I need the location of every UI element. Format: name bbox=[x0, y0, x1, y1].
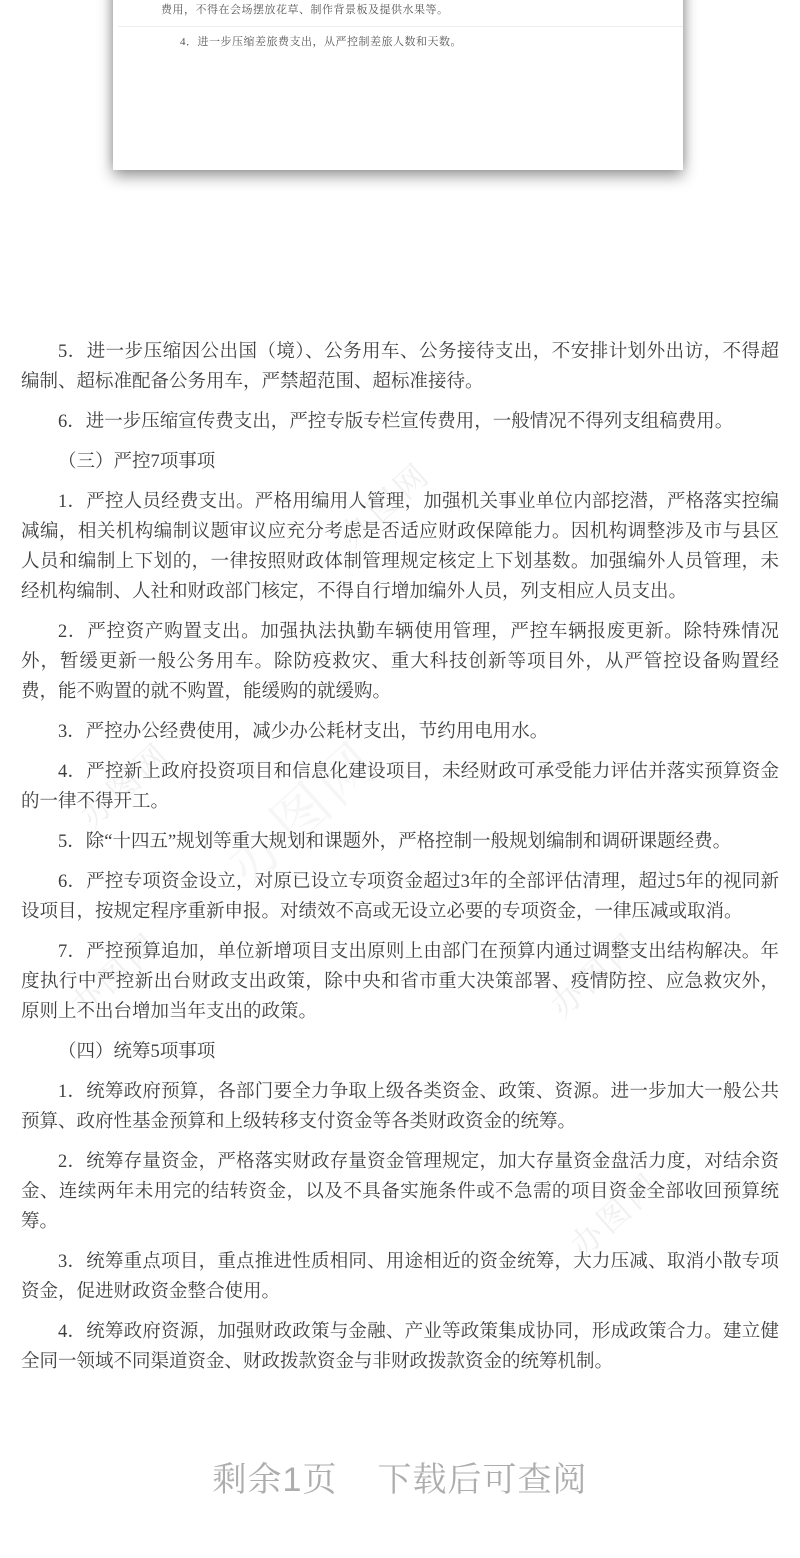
page-preview-card: 费用，不得在会场摆放花草、制作背景板及提供水果等。 4．进一步压缩差旅费支出，从… bbox=[113, 0, 683, 170]
doc-paragraph: 1．统筹政府预算，各部门要全力争取上级各类资金、政策、资源。进一步加大一般公共预… bbox=[21, 1077, 779, 1137]
doc-section-heading: （三）严控7项事项 bbox=[21, 447, 779, 477]
doc-paragraph: 6．进一步压缩宣传费支出，严控专版专栏宣传费用，一般情况不得列支组稿费用。 bbox=[21, 407, 779, 437]
doc-paragraph: 2．统筹存量资金，严格落实财政存量资金管理规定，加大存量资金盘活力度，对结余资金… bbox=[21, 1147, 779, 1237]
doc-paragraph: 7．严控预算追加，单位新增项目支出原则上由部门在预算内通过调整支出结构解决。年度… bbox=[21, 937, 779, 1027]
doc-paragraph: 4．严控新上政府投资项目和信息化建设项目，未经财政可承受能力评估并落实预算资金的… bbox=[21, 757, 779, 817]
remaining-pages-count: 剩余1页 bbox=[213, 1461, 338, 1499]
download-to-view-hint: 下载后可查阅 bbox=[377, 1461, 587, 1499]
doc-paragraph: 6．严控专项资金设立，对原已设立专项资金超过3年的全部评估清理，超过5年的视同新… bbox=[21, 867, 779, 927]
doc-paragraph: 3．统筹重点项目，重点推进性质相同、用途相近的资金统筹，大力压减、取消小散专项资… bbox=[21, 1247, 779, 1307]
doc-paragraph: 3．严控办公经费使用，减少办公耗材支出，节约用电用水。 bbox=[21, 717, 779, 747]
doc-paragraph: 5．除“十四五”规划等重大规划和课题外，严格控制一般规划编制和调研课题经费。 bbox=[21, 827, 779, 857]
doc-paragraph: 5．进一步压缩因公出国（境）、公务用车、公务接待支出，不安排计划外出访，不得超编… bbox=[21, 337, 779, 397]
preview-text-line: 费用，不得在会场摆放花草、制作背景板及提供水果等。 bbox=[161, 3, 449, 18]
remaining-pages-hint: 剩余1页下载后可查阅 bbox=[0, 1452, 800, 1501]
doc-paragraph: 1．严控人员经费支出。严格用编用人管理，加强机关事业单位内部挖潜，严格落实控编减… bbox=[21, 487, 779, 607]
preview-text-line: 4．进一步压缩差旅费支出，从严控制差旅人数和天数。 bbox=[180, 35, 462, 50]
doc-section-heading: （四）统筹5项事项 bbox=[21, 1037, 779, 1067]
doc-paragraph: 2．严控资产购置支出。加强执法执勤车辆使用管理，严控车辆报废更新。除特殊情况外，… bbox=[21, 617, 779, 707]
document-body: 5．进一步压缩因公出国（境）、公务用车、公务接待支出，不安排计划外出访，不得超编… bbox=[21, 337, 779, 1387]
doc-paragraph: 4．统筹政府资源，加强财政政策与金融、产业等政策集成协同，形成政策合力。建立健全… bbox=[21, 1317, 779, 1377]
preview-divider bbox=[118, 26, 683, 27]
